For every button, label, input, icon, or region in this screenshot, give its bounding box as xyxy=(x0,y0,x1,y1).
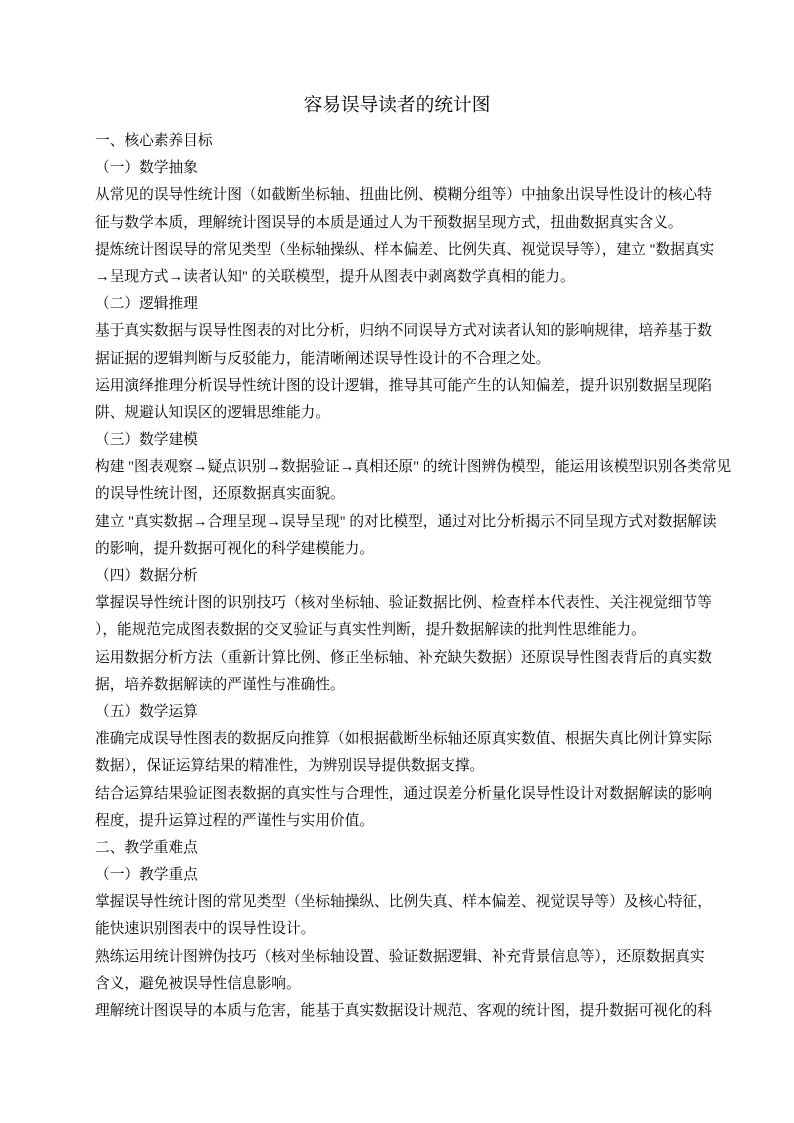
sub-logical-reasoning: （二）逻辑推理 xyxy=(95,291,710,318)
paragraph-line-para-focus-2: 含义，避免被误导性信息影响。 xyxy=(95,971,710,998)
document-title: 容易误导读者的统计图 xyxy=(0,93,794,119)
paragraph-line-para-operation-1: 数据），保证运算结果的精准性，为辨别误导提供数据支撑。 xyxy=(95,753,710,780)
paragraph-line-para-modeling-1: 构建 "图表观察→疑点识别→数据验证→真相还原" 的统计图辨伪模型，能运用该模型… xyxy=(95,454,710,481)
sub-math-modeling: （三）数学建模 xyxy=(95,427,710,454)
paragraph-line-para-operation-2: 结合运算结果验证图表数据的真实性与合理性，通过误差分析量化误导性设计对数据解读的… xyxy=(95,781,710,808)
paragraph-line-para-abstraction-1: 征与数学本质，理解统计图误导的本质是通过人为干预数据呈现方式，扭曲数据真实含义。 xyxy=(95,210,710,237)
document-page: 容易误导读者的统计图 一、核心素养目标（一）数学抽象从常见的误导性统计图（如截断… xyxy=(0,0,794,1123)
paragraph-line-para-analysis-1: 掌握误导性统计图的识别技巧（核对坐标轴、验证数据比例、检查样本代表性、关注视觉细… xyxy=(95,590,710,617)
sub-math-abstraction: （一）数学抽象 xyxy=(95,155,710,182)
paragraph-line-para-reasoning-2: 运用演绎推理分析误导性统计图的设计逻辑，推导其可能产生的认知偏差，提升识别数据呈… xyxy=(95,373,710,400)
paragraph-line-para-focus-3: 理解统计图误导的本质与危害，能基于真实数据设计规范、客观的统计图，提升数据可视化… xyxy=(95,998,710,1025)
paragraph-line-para-analysis-2: 据，培养数据解读的严谨性与准确性。 xyxy=(95,672,710,699)
paragraph-line-para-abstraction-2: 提炼统计图误导的常见类型（坐标轴操纵、样本偏差、比例失真、视觉误导等），建立 "… xyxy=(95,237,710,264)
paragraph-line-para-focus-2: 熟练运用统计图辨伪技巧（核对坐标轴设置、验证数据逻辑、补充背景信息等），还原数据… xyxy=(95,944,710,971)
section-core-competency-goals: 一、核心素养目标 xyxy=(95,128,710,155)
section-teaching-key-points: 二、教学重难点 xyxy=(95,835,710,862)
sub-teaching-focus: （一）教学重点 xyxy=(95,862,710,889)
paragraph-line-para-modeling-1: 的误导性统计图，还原数据真实面貌。 xyxy=(95,481,710,508)
paragraph-line-para-operation-1: 准确完成误导性图表的数据反向推算（如根据截断坐标轴还原真实数值、根据失真比例计算… xyxy=(95,726,710,753)
paragraph-line-para-operation-2: 程度，提升运算过程的严谨性与实用价值。 xyxy=(95,808,710,835)
paragraph-line-para-reasoning-2: 阱、规避认知误区的逻辑思维能力。 xyxy=(95,400,710,427)
paragraph-line-para-focus-1: 掌握误导性统计图的常见类型（坐标轴操纵、比例失真、样本偏差、视觉误导等）及核心特… xyxy=(95,889,710,916)
paragraph-line-para-reasoning-1: 基于真实数据与误导性图表的对比分析，归纳不同误导方式对读者认知的影响规律，培养基… xyxy=(95,318,710,345)
paragraph-line-para-analysis-1: ），能规范完成图表数据的交叉验证与真实性判断，提升数据解读的批判性思维能力。 xyxy=(95,617,710,644)
paragraph-line-para-modeling-2: 建立 "真实数据→合理呈现→误导呈现" 的对比模型，通过对比分析揭示不同呈现方式… xyxy=(95,509,710,536)
paragraph-line-para-modeling-2: 的影响，提升数据可视化的科学建模能力。 xyxy=(95,536,710,563)
paragraph-line-para-analysis-2: 运用数据分析方法（重新计算比例、修正坐标轴、补充缺失数据）还原误导性图表背后的真… xyxy=(95,645,710,672)
sub-math-operation: （五）数学运算 xyxy=(95,699,710,726)
document-body: 一、核心素养目标（一）数学抽象从常见的误导性统计图（如截断坐标轴、扭曲比例、模糊… xyxy=(95,128,710,1025)
paragraph-line-para-abstraction-2: →呈现方式→读者认知" 的关联模型，提升从图表中剥离数学真相的能力。 xyxy=(95,264,710,291)
paragraph-line-para-focus-1: 能快速识别图表中的误导性设计。 xyxy=(95,916,710,943)
paragraph-line-para-abstraction-1: 从常见的误导性统计图（如截断坐标轴、扭曲比例、模糊分组等）中抽象出误导性设计的核… xyxy=(95,182,710,209)
sub-data-analysis: （四）数据分析 xyxy=(95,563,710,590)
paragraph-line-para-reasoning-1: 据证据的逻辑判断与反驳能力，能清晰阐述误导性设计的不合理之处。 xyxy=(95,346,710,373)
